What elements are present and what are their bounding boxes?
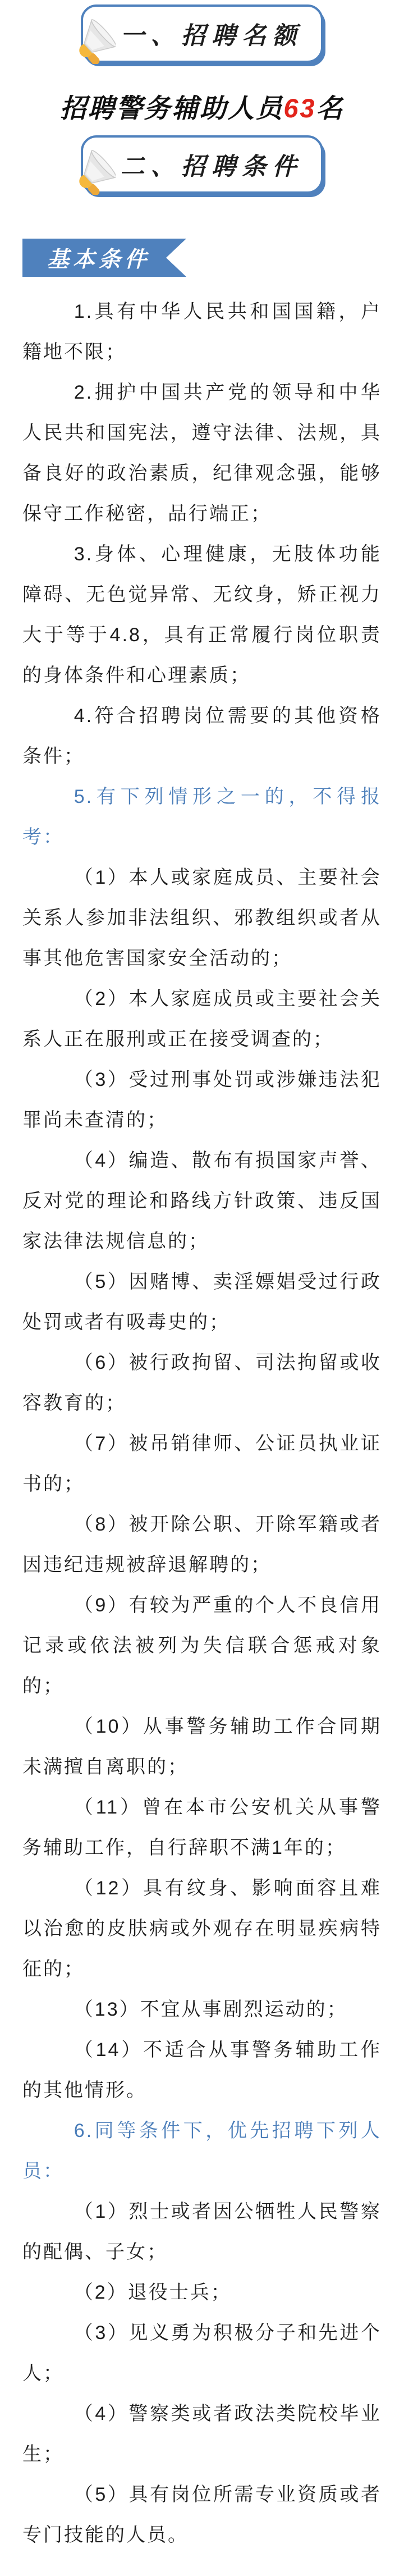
paragraph: （8）被开除公职、开除军籍或者因违纪违规被辞退解聘的； xyxy=(22,1504,382,1585)
paragraph: （2）本人家庭成员或主要社会关系人正在服刑或正在接受调查的； xyxy=(22,979,382,1059)
paragraph: （5）具有岗位所需专业资质或者专门技能的人员。 xyxy=(22,2474,382,2555)
paragraph: （3）见义勇为积极分子和先进个人； xyxy=(22,2313,382,2394)
quota-prefix: 招聘警务辅助人员 xyxy=(60,93,284,123)
paragraph: （11）曾在本市公安机关从事警务辅助工作，自行辞职不满1年的； xyxy=(22,1787,382,1868)
paragraph: （1）烈士或者因公牺牲人民警察的配偶、子女； xyxy=(22,2191,382,2272)
paragraph: （14）不适合从事警务辅助工作的其他情形。 xyxy=(22,2030,382,2111)
paragraph: （4）警察类或者政法类院校毕业生； xyxy=(22,2394,382,2474)
paragraph: （1）本人或家庭成员、主要社会关系人参加非法组织、邪教组织或者从事其他危害国家安… xyxy=(22,857,382,979)
quota-line: 招聘警务辅助人员63名 xyxy=(0,88,404,125)
paragraph: 4.符合招聘岗位需要的其他资格条件； xyxy=(22,696,382,777)
paragraph: 3.身体、心理健康，无肢体功能障碍、无色觉异常、无纹身，矫正视力大于等于4.8，… xyxy=(22,534,382,696)
section-2-banner: 二、招聘条件 xyxy=(81,135,323,194)
paragraph: （10）从事警务辅助工作合同期未满擅自离职的； xyxy=(22,1706,382,1787)
section-1-banner: 一、招聘名额 xyxy=(81,4,323,63)
quota-suffix: 名 xyxy=(316,93,344,123)
paragraph: 1.具有中华人民共和国国籍，户籍地不限； xyxy=(22,291,382,372)
quota-count: 63 xyxy=(283,93,316,123)
paragraph: 6.同等条件下，优先招聘下列人员： xyxy=(22,2111,382,2191)
paragraph: （13）不宜从事剧烈运动的； xyxy=(22,1989,382,2030)
paragraph: 5.有下列情形之一的，不得报考： xyxy=(22,777,382,857)
paragraph: （6）被行政拘留、司法拘留或收容教育的； xyxy=(22,1342,382,1423)
basic-conditions-label: 基本条件 xyxy=(47,242,150,273)
megaphone-icon xyxy=(71,19,116,64)
basic-conditions-ribbon: 基本条件 xyxy=(22,239,186,277)
section-1-title: 一、招聘名额 xyxy=(120,17,302,51)
paragraph: （3）受过刑事处罚或涉嫌违法犯罪尚未查清的； xyxy=(22,1059,382,1140)
paragraph: （9）有较为严重的个人不良信用记录或依法被列为失信联合惩戒对象的； xyxy=(22,1585,382,1706)
article-page: { "colors":{ "accent_blue":"#4f81bd", "t… xyxy=(0,0,404,2576)
conditions-list: 1.具有中华人民共和国国籍，户籍地不限；2.拥护中国共产党的领导和中华人民共和国… xyxy=(22,291,382,2555)
paragraph: （2）退役士兵； xyxy=(22,2272,382,2313)
megaphone-icon xyxy=(71,150,116,195)
paragraph: （12）具有纹身、影响面容且难以治愈的皮肤病或外观存在明显疾病特征的； xyxy=(22,1868,382,1989)
paragraph: 2.拥护中国共产党的领导和中华人民共和国宪法，遵守法律、法规，具备良好的政治素质… xyxy=(22,372,382,534)
paragraph: （7）被吊销律师、公证员执业证书的； xyxy=(22,1423,382,1504)
paragraph: （5）因赌博、卖淫嫖娼受过行政处罚或者有吸毒史的； xyxy=(22,1262,382,1342)
paragraph: （4）编造、散布有损国家声誉、反对党的理论和路线方针政策、违反国家法律法规信息的… xyxy=(22,1140,382,1262)
section-2-title: 二、招聘条件 xyxy=(120,148,302,182)
